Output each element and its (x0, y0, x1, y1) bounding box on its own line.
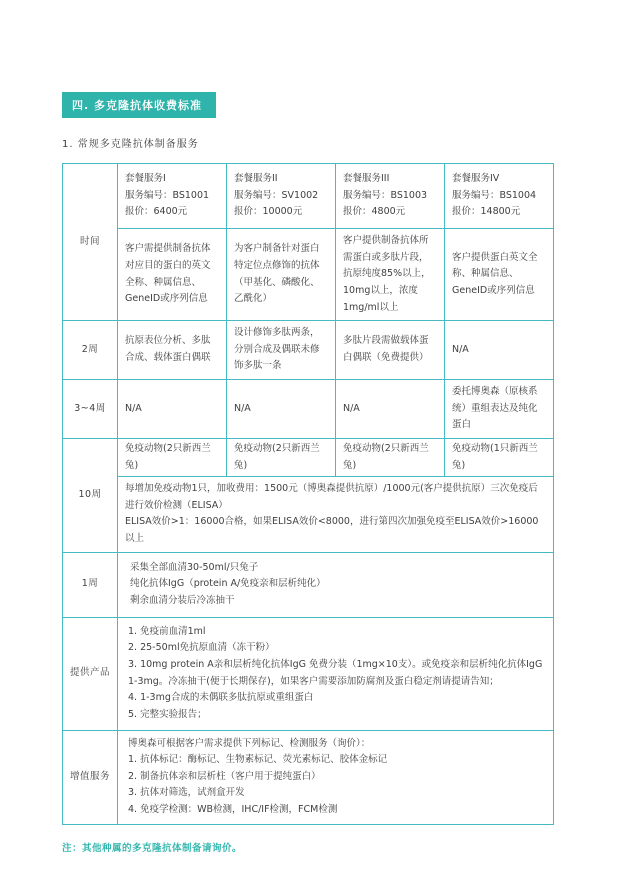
row-label-week3-4: 3~4周 (63, 380, 118, 439)
package-price: 报价：14800元 (452, 204, 546, 221)
package-price: 报价：4800元 (343, 204, 437, 221)
week10-animals-row: 10周 免疫动物(2只新西兰兔) 免疫动物(2只新西兰兔) 免疫动物(2只新西兰… (63, 438, 554, 476)
package-3-cell: 套餐服务III 服务编号：BS1003 报价：4800元 (336, 164, 445, 229)
package-price: 报价：10000元 (234, 204, 328, 221)
row-label-week2: 2周 (63, 321, 118, 380)
week2-cell-4: N/A (445, 321, 554, 380)
week10-animal-cell-1: 免疫动物(2只新西兰兔) (118, 438, 227, 476)
week10-animal-cell-2: 免疫动物(2只新西兰兔) (227, 438, 336, 476)
package-title: 套餐服务III (343, 171, 437, 188)
package-title: 套餐服务I (125, 171, 219, 188)
products-row: 提供产品 1. 免疫前血清1ml 2. 25-50ml免抗原血清（冻干粉） 3.… (63, 617, 554, 730)
footnote: 注：其他种属的多克隆抗体制备请询价。 (62, 840, 582, 854)
row-label-products: 提供产品 (63, 617, 118, 730)
week2-cell-1: 抗原表位分析、多肽合成、载体蛋白偶联 (118, 321, 227, 380)
week1-row: 1周 采集全部血清30-50ml/只兔子 纯化抗体IgG（protein A/免… (63, 552, 554, 617)
row-label-week1: 1周 (63, 552, 118, 617)
row-label-time: 时间 (63, 164, 118, 321)
package-code: 服务编号：BS1001 (125, 188, 219, 205)
value-added-cell: 博奥森可根据客户需求提供下列标记、检测服务（询价）： 1. 抗体标记：酶标记、生… (118, 730, 554, 824)
requirement-cell-2: 为客户制备针对蛋白特定位点修饰的抗体（甲基化、磷酸化、乙酰化） (227, 229, 336, 321)
package-2-cell: 套餐服务II 服务编号：SV1002 报价：10000元 (227, 164, 336, 229)
value-added-row: 增值服务 博奥森可根据客户需求提供下列标记、检测服务（询价）： 1. 抗体标记：… (63, 730, 554, 824)
row-label-value-added: 增值服务 (63, 730, 118, 824)
requirement-cell-1: 客户需提供制备抗体对应目的蛋白的英文全称、种属信息、GeneID或序列信息 (118, 229, 227, 321)
package-code: 服务编号：BS1003 (343, 188, 437, 205)
package-code: 服务编号：SV1002 (234, 188, 328, 205)
package-header-row: 时间 套餐服务I 服务编号：BS1001 报价：6400元 套餐服务II 服务编… (63, 164, 554, 229)
week3-4-cell-3: N/A (336, 380, 445, 439)
requirements-row: 客户需提供制备抗体对应目的蛋白的英文全称、种属信息、GeneID或序列信息 为客… (63, 229, 554, 321)
week3-4-cell-2: N/A (227, 380, 336, 439)
week2-cell-2: 设计修饰多肽两条，分别合成及偶联未修饰多肽一条 (227, 321, 336, 380)
week3-4-row: 3~4周 N/A N/A N/A 委托博奥森（原核系统）重组表达及纯化蛋白 (63, 380, 554, 439)
section-title-badge: 四. 多克隆抗体收费标准 (62, 92, 216, 118)
subsection-title: 1. 常规多克隆抗体制备服务 (62, 135, 582, 150)
week10-note-cell: 每增加免疫动物1只，加收费用：1500元（博奥森提供抗原）/1000元(客户提供… (118, 477, 554, 553)
package-1-cell: 套餐服务I 服务编号：BS1001 报价：6400元 (118, 164, 227, 229)
requirement-cell-4: 客户提供蛋白英文全称、种属信息、GeneID或序列信息 (445, 229, 554, 321)
week3-4-cell-1: N/A (118, 380, 227, 439)
package-title: 套餐服务II (234, 171, 328, 188)
package-title: 套餐服务IV (452, 171, 546, 188)
week2-cell-3: 多肽片段需做载体蛋白偶联（免费提供） (336, 321, 445, 380)
week3-4-cell-4: 委托博奥森（原核系统）重组表达及纯化蛋白 (445, 380, 554, 439)
week10-note-row: 每增加免疫动物1只，加收费用：1500元（博奥森提供抗原）/1000元(客户提供… (63, 477, 554, 553)
week2-row: 2周 抗原表位分析、多肽合成、载体蛋白偶联 设计修饰多肽两条，分别合成及偶联未修… (63, 321, 554, 380)
package-price: 报价：6400元 (125, 204, 219, 221)
requirement-cell-3: 客户提供制备抗体所需蛋白或多肽片段，抗原纯度85%以上，10mg以上，浓度1mg… (336, 229, 445, 321)
products-cell: 1. 免疫前血清1ml 2. 25-50ml免抗原血清（冻干粉） 3. 10mg… (118, 617, 554, 730)
package-4-cell: 套餐服务IV 服务编号：BS1004 报价：14800元 (445, 164, 554, 229)
document-page: 四. 多克隆抗体收费标准 1. 常规多克隆抗体制备服务 时间 套餐服务I 服务编… (62, 92, 582, 854)
week1-cell: 采集全部血清30-50ml/只兔子 纯化抗体IgG（protein A/免疫亲和… (118, 552, 554, 617)
package-code: 服务编号：BS1004 (452, 188, 546, 205)
week10-animal-cell-4: 免疫动物(1只新西兰兔) (445, 438, 554, 476)
section-title: 四. 多克隆抗体收费标准 (72, 99, 202, 112)
week10-animal-cell-3: 免疫动物(2只新西兰兔) (336, 438, 445, 476)
price-table: 时间 套餐服务I 服务编号：BS1001 报价：6400元 套餐服务II 服务编… (62, 163, 554, 825)
row-label-week10: 10周 (63, 438, 118, 552)
